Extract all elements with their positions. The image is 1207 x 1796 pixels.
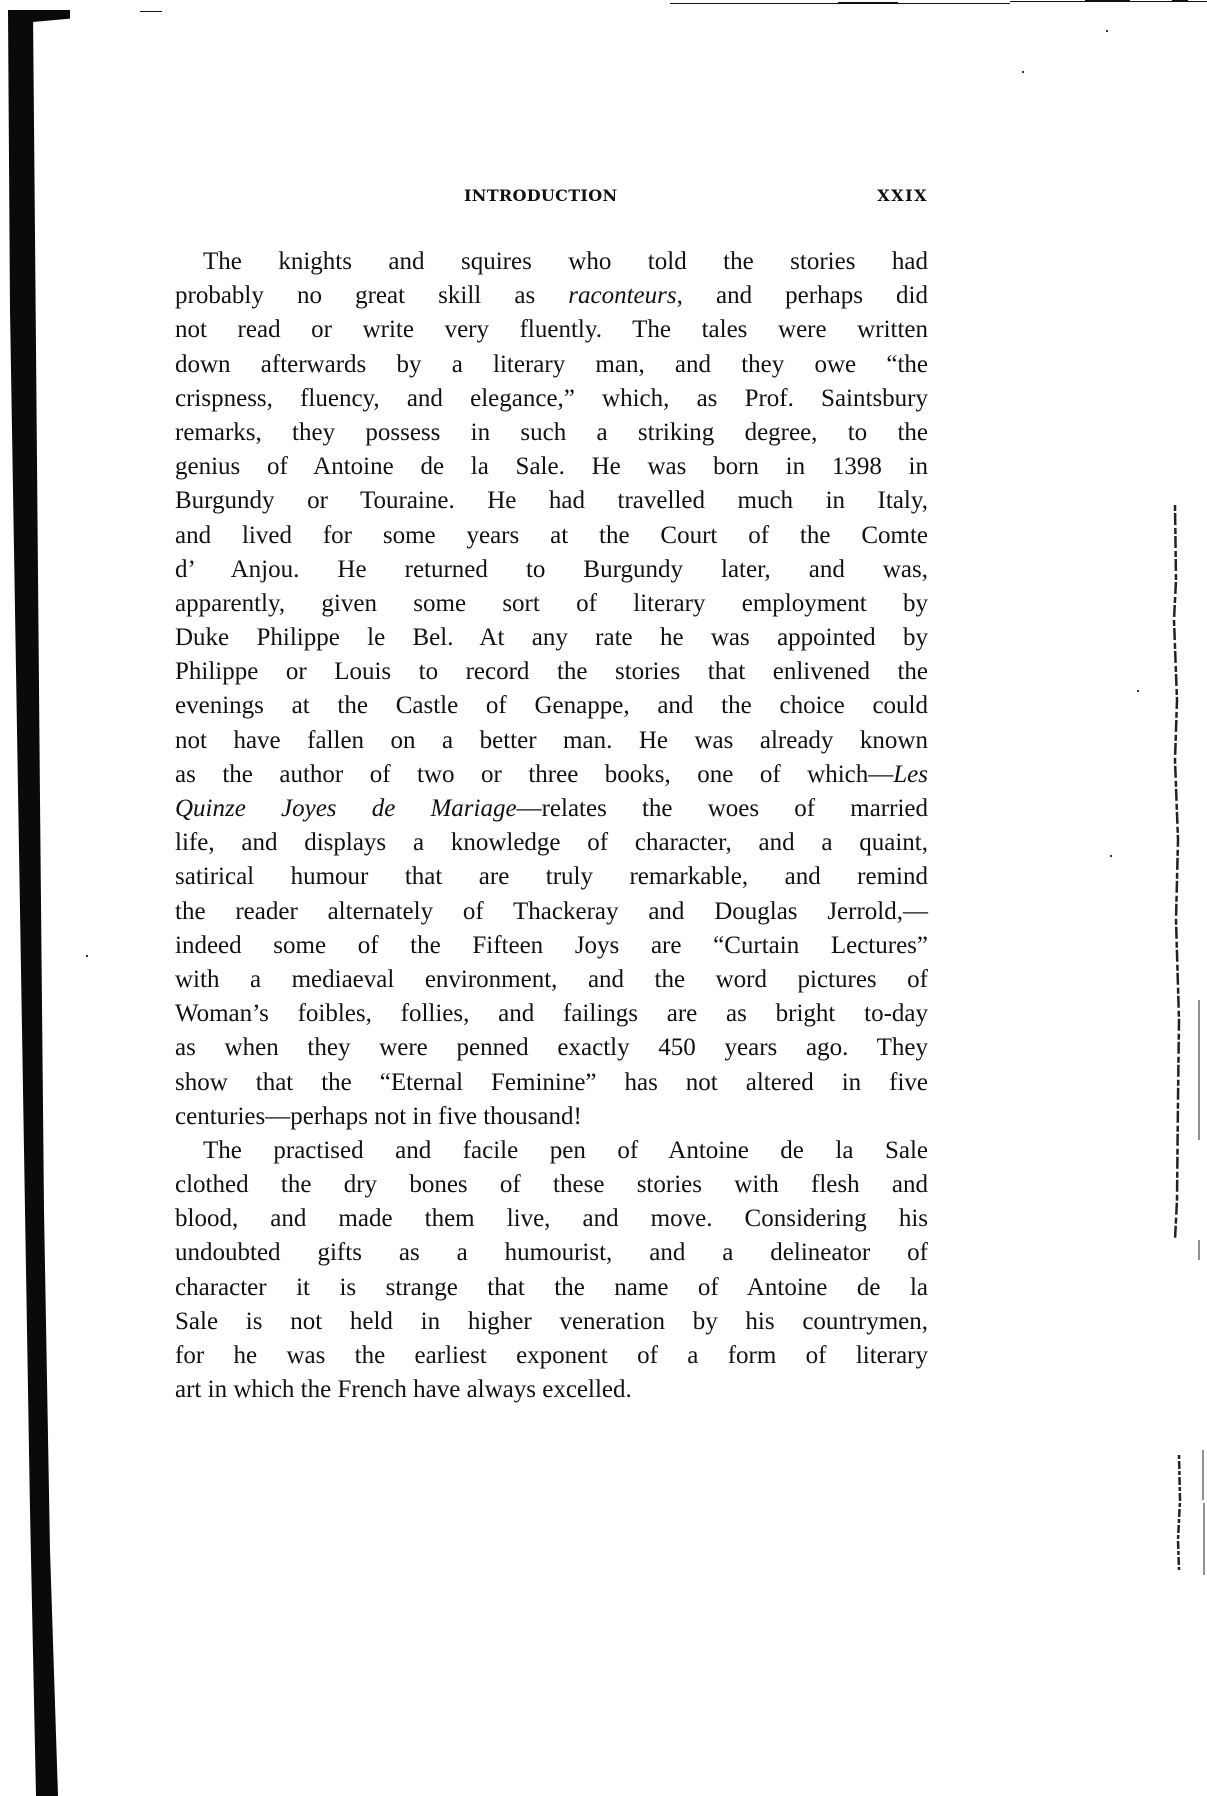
text-line: centuries—perhaps not in five thousand!	[175, 1100, 928, 1134]
text-line: Quinze Joyes de Mariage—relates the woes…	[175, 792, 928, 826]
text-line: not read or write very fluently. The tal…	[175, 313, 928, 347]
scan-speck	[1106, 30, 1108, 32]
text-line: undoubted gifts as a humourist, and a de…	[175, 1236, 928, 1270]
scan-speck	[1137, 690, 1139, 692]
top-scan-rule	[1172, 0, 1188, 2]
text-line: art in which the French have always exce…	[175, 1373, 928, 1407]
text-line: blood, and made them live, and move. Con…	[175, 1202, 928, 1236]
scan-speck	[1110, 855, 1112, 857]
running-head: INTRODUCTION XXIX	[175, 186, 928, 210]
text-line: The knights and squires who told the sto…	[175, 245, 928, 279]
text-line: remarks, they possess in such a striking…	[175, 416, 928, 450]
text-line: Sale is not held in higher veneration by…	[175, 1305, 928, 1339]
text-line: life, and displays a knowledge of charac…	[175, 826, 928, 860]
italic-title: raconteurs	[568, 282, 676, 309]
text-line: d’ Anjou. He returned to Burgundy later,…	[175, 553, 928, 587]
text-line: satirical humour that are truly remarkab…	[175, 860, 928, 894]
text-line: not have fallen on a better man. He was …	[175, 724, 928, 758]
italic-title: Quinze Joyes de Mariage	[175, 795, 517, 822]
text-line: genius of Antoine de la Sale. He was bor…	[175, 450, 928, 484]
text-line: apparently, given some sort of literary …	[175, 587, 928, 621]
text-line: Burgundy or Touraine. He had travelled m…	[175, 484, 928, 518]
text-line: the reader alternately of Thackeray and …	[175, 895, 928, 929]
scan-speck	[86, 955, 88, 957]
text-line: for he was the earliest exponent of a fo…	[175, 1339, 928, 1373]
text-line: with a mediaeval environment, and the wo…	[175, 963, 928, 997]
text-line: crispness, fluency, and elegance,” which…	[175, 382, 928, 416]
text-line: The practised and facile pen of Antoine …	[175, 1134, 928, 1168]
text-line: down afterwards by a literary man, and t…	[175, 348, 928, 382]
body-text: The knights and squires who told the sto…	[175, 245, 928, 1407]
paragraph: The knights and squires who told the sto…	[175, 245, 928, 1134]
text-line: as when they were penned exactly 450 yea…	[175, 1031, 928, 1065]
text-line: as the author of two or three books, one…	[175, 758, 928, 792]
text-line: and lived for some years at the Court of…	[175, 519, 928, 553]
text-line: Woman’s foibles, follies, and failings a…	[175, 997, 928, 1031]
top-scan-rule	[838, 2, 898, 4]
text-line: indeed some of the Fifteen Joys are “Cur…	[175, 929, 928, 963]
binding-shadow	[0, 10, 70, 1796]
top-scan-rule	[140, 11, 162, 12]
scan-speck	[1022, 71, 1024, 73]
right-edge-marks	[1160, 500, 1207, 1600]
italic-title: Les	[893, 761, 928, 788]
text-line: character it is strange that the name of…	[175, 1271, 928, 1305]
running-title: INTRODUCTION	[464, 186, 617, 205]
text-line: evenings at the Castle of Genappe, and t…	[175, 689, 928, 723]
text-line: probably no great skill as raconteurs, a…	[175, 279, 928, 313]
text-line: Philippe or Louis to record the stories …	[175, 655, 928, 689]
text-line: clothed the dry bones of these stories w…	[175, 1168, 928, 1202]
top-scan-rule	[1085, 0, 1130, 2]
paragraph: The practised and facile pen of Antoine …	[175, 1134, 928, 1408]
page-number: XXIX	[877, 186, 928, 205]
text-line: show that the “Eternal Feminine” has not…	[175, 1066, 928, 1100]
text-line: Duke Philippe le Bel. At any rate he was…	[175, 621, 928, 655]
